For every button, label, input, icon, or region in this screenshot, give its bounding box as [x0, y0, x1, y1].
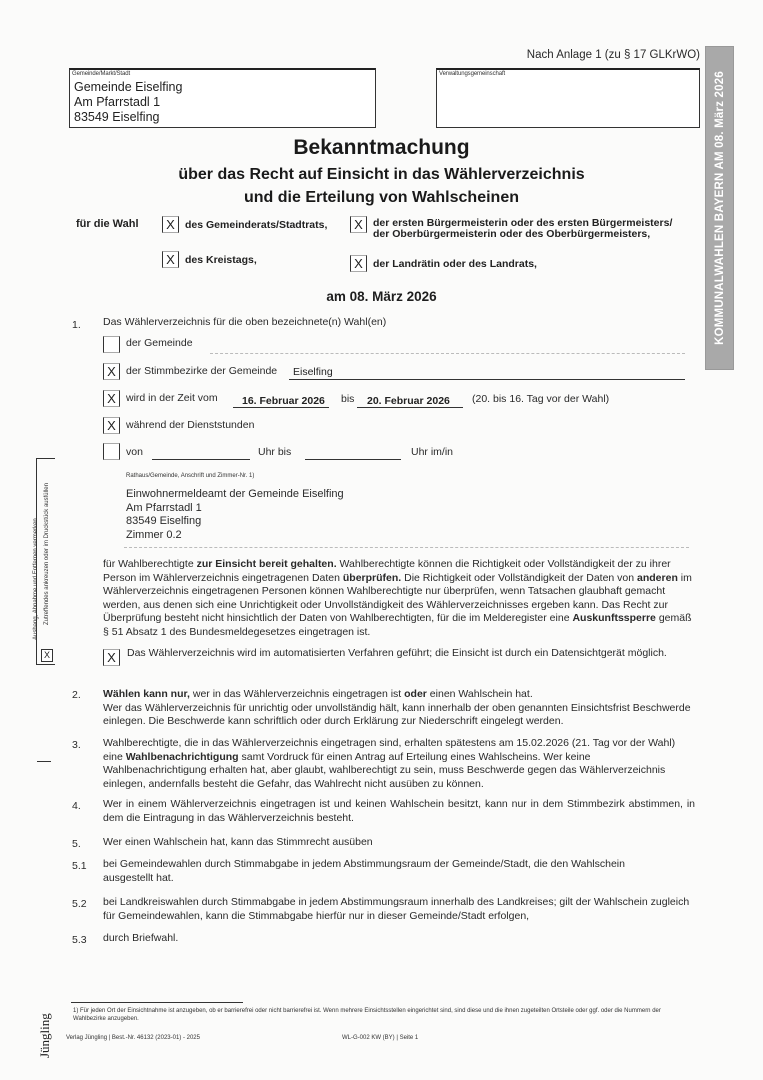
option-gemeinderat: des Gemeinderats/Stadtrats, [185, 220, 327, 231]
section-5-3-number: 5.3 [72, 934, 87, 946]
section-3-text: Wahlberechtigte, die in das Wählerverzei… [103, 737, 695, 791]
section-2-body: Wer das Wählerverzeichnis für unrichtig … [103, 702, 695, 729]
page-subtitle-2: und die Erteilung von Wahlscheinen [0, 189, 763, 207]
section-4-number: 4. [72, 800, 81, 812]
section-4-text: Wer in einem Wählerverzeichnis eingetrag… [103, 798, 695, 825]
location-field-line [124, 547, 689, 548]
date-from-value: 16. Februar 2026 [242, 395, 325, 407]
stimmbezirke-field[interactable] [289, 379, 685, 380]
emphasis-text: anderen [637, 572, 678, 584]
margin-note-line2: Zutreffendes ankreuzen oder im Druckstüc… [44, 483, 50, 625]
address-line: Am Pfarrstadl 1 [74, 95, 375, 110]
checkbox-buergermeister[interactable]: X [350, 216, 367, 233]
address-line: 83549 Eiselfing [74, 110, 375, 125]
row-zeitraum-label: wird in der Zeit vom [126, 392, 218, 406]
checkbox-stimmbezirke[interactable]: X [103, 363, 120, 380]
row-gemeinde-label: der Gemeinde [126, 337, 193, 351]
emphasis-text: Wahlbenachrichtigung [126, 751, 239, 763]
date-range-note: (20. bis 16. Tag vor der Wahl) [472, 393, 609, 407]
section-2-number: 2. [72, 689, 81, 701]
location-line: Zimmer 0.2 [126, 529, 344, 543]
automated-note: Das Wählerverzeichnis wird im automatisi… [121, 648, 681, 659]
section-1-number: 1. [72, 319, 81, 331]
checkbox-zeitraum[interactable]: X [103, 390, 120, 407]
location-line: Einwohnermeldeamt der Gemeinde Eiselfing [126, 488, 344, 502]
checkbox-kreistag[interactable]: X [162, 251, 179, 268]
address-line: Gemeinde Eiselfing [74, 80, 375, 95]
section-5-1-number: 5.1 [72, 860, 87, 872]
gemeinde-field-line [210, 353, 685, 354]
option-buergermeister: der ersten Bürgermeisterin oder des erst… [373, 218, 672, 240]
date-from-field[interactable] [233, 407, 329, 408]
option-buergermeister-line2: der Oberbürgermeisterin oder des Oberbür… [373, 229, 672, 240]
checkbox-gemeinde[interactable] [103, 336, 120, 353]
election-date: am 08. März 2026 [0, 289, 763, 304]
date-to-value: 20. Februar 2026 [367, 395, 450, 407]
body-text: einen Wahlschein hat. [427, 688, 533, 700]
checkbox-uhrzeit[interactable] [103, 443, 120, 460]
section-5-number: 5. [72, 838, 81, 850]
section-2-text: Wählen kann nur, wer in das Wählerverzei… [103, 688, 695, 729]
section-5-2-text: bei Landkreiswahlen durch Stimmabgabe in… [103, 896, 695, 923]
emphasis-text: zur Einsicht bereit gehalten. [197, 558, 337, 570]
checkbox-automated[interactable]: X [103, 649, 120, 666]
row-dienststunden-label: während der Dienststunden [126, 419, 254, 433]
location-line: Am Pfarrstadl 1 [126, 502, 344, 516]
date-to-field[interactable] [357, 407, 463, 408]
election-side-band: KOMMUNALWAHLEN BAYERN AM 08. März 2026 [705, 46, 734, 370]
fold-mark [37, 761, 51, 762]
body-text: wer in das Wählerverzeichnis eingetragen… [190, 688, 404, 700]
election-label: für die Wahl [76, 218, 139, 230]
administration-box-label: Verwaltungsgemeinschaft [439, 71, 699, 77]
emphasis-text: Wählen kann nur, [103, 688, 190, 700]
location-line: 83549 Eiselfing [126, 515, 344, 529]
row-stimmbezirke-label: der Stimmbezirke der Gemeinde [126, 365, 277, 379]
checkbox-gemeinderat[interactable]: X [162, 216, 179, 233]
legal-reference: Nach Anlage 1 (zu § 17 GLKrWO) [527, 49, 700, 61]
section-1-paragraph: für Wahlberechtigte zur Einsicht bereit … [103, 558, 693, 640]
stimmbezirke-value: Eiselfing [293, 366, 333, 378]
municipality-box-label: Gemeinde/Markt/Stadt [72, 71, 375, 77]
section-2-lead: Wählen kann nur, wer in das Wählerverzei… [103, 688, 695, 702]
municipality-address: Gemeinde Eiselfing Am Pfarrstadl 1 83549… [74, 80, 375, 125]
administration-box: Verwaltungsgemeinschaft [436, 68, 700, 128]
page-subtitle-1: über das Recht auf Einsicht in das Wähle… [0, 166, 763, 184]
section-3-number: 3. [72, 739, 81, 751]
emphasis-text: oder [404, 688, 427, 700]
body-text: Die Richtigkeit oder Vollständigkeit der… [401, 572, 637, 584]
publisher-logo: Jüngling [37, 1013, 53, 1058]
margin-note-checkbox[interactable]: X [41, 649, 53, 662]
checkbox-landrat[interactable]: X [350, 255, 367, 272]
section-1-intro: Das Wählerverzeichnis für die oben bezei… [103, 316, 386, 330]
footnote: 1) Für jeden Ort der Einsichtnahme ist a… [73, 1008, 693, 1023]
margin-note-line1: Aushang, Abnahme und Entfernen vermerken [33, 518, 39, 640]
location-label: Rathaus/Gemeinde, Anschrift und Zimmer-N… [126, 473, 254, 479]
form-code: WL-G-002 KW (BY) | Seite 1 [342, 1035, 418, 1043]
body-text: für Wahlberechtigte [103, 558, 197, 570]
time-end-label: Uhr im/in [411, 446, 453, 460]
footnote-divider [71, 1002, 243, 1003]
time-from-field[interactable] [152, 459, 250, 460]
page-title: Bekanntmachung [0, 136, 763, 160]
imprint: Verlag Jüngling | Best.-Nr. 46132 (2023-… [66, 1035, 200, 1043]
municipality-box: Gemeinde/Markt/Stadt Gemeinde Eiselfing … [69, 68, 376, 128]
emphasis-text: Auskunftssperre [572, 612, 655, 624]
checkbox-dienststunden[interactable]: X [103, 417, 120, 434]
section-5-1-text: bei Gemeindewahlen durch Stimmabgabe in … [103, 858, 663, 885]
section-5-2-number: 5.2 [72, 898, 87, 910]
section-5-3-text: durch Briefwahl. [103, 932, 178, 946]
date-range-separator: bis [341, 393, 354, 407]
time-separator: Uhr bis [258, 446, 291, 460]
location-address: Einwohnermeldeamt der Gemeinde Eiselfing… [126, 488, 344, 542]
time-to-field[interactable] [305, 459, 401, 460]
emphasis-text: überprüfen. [343, 572, 401, 584]
option-landrat: der Landrätin oder des Landrats, [373, 259, 537, 270]
section-5-text: Wer einen Wahlschein hat, kann das Stimm… [103, 836, 373, 850]
option-kreistag: des Kreistags, [185, 255, 257, 266]
row-uhrzeit-label: von [126, 446, 143, 460]
